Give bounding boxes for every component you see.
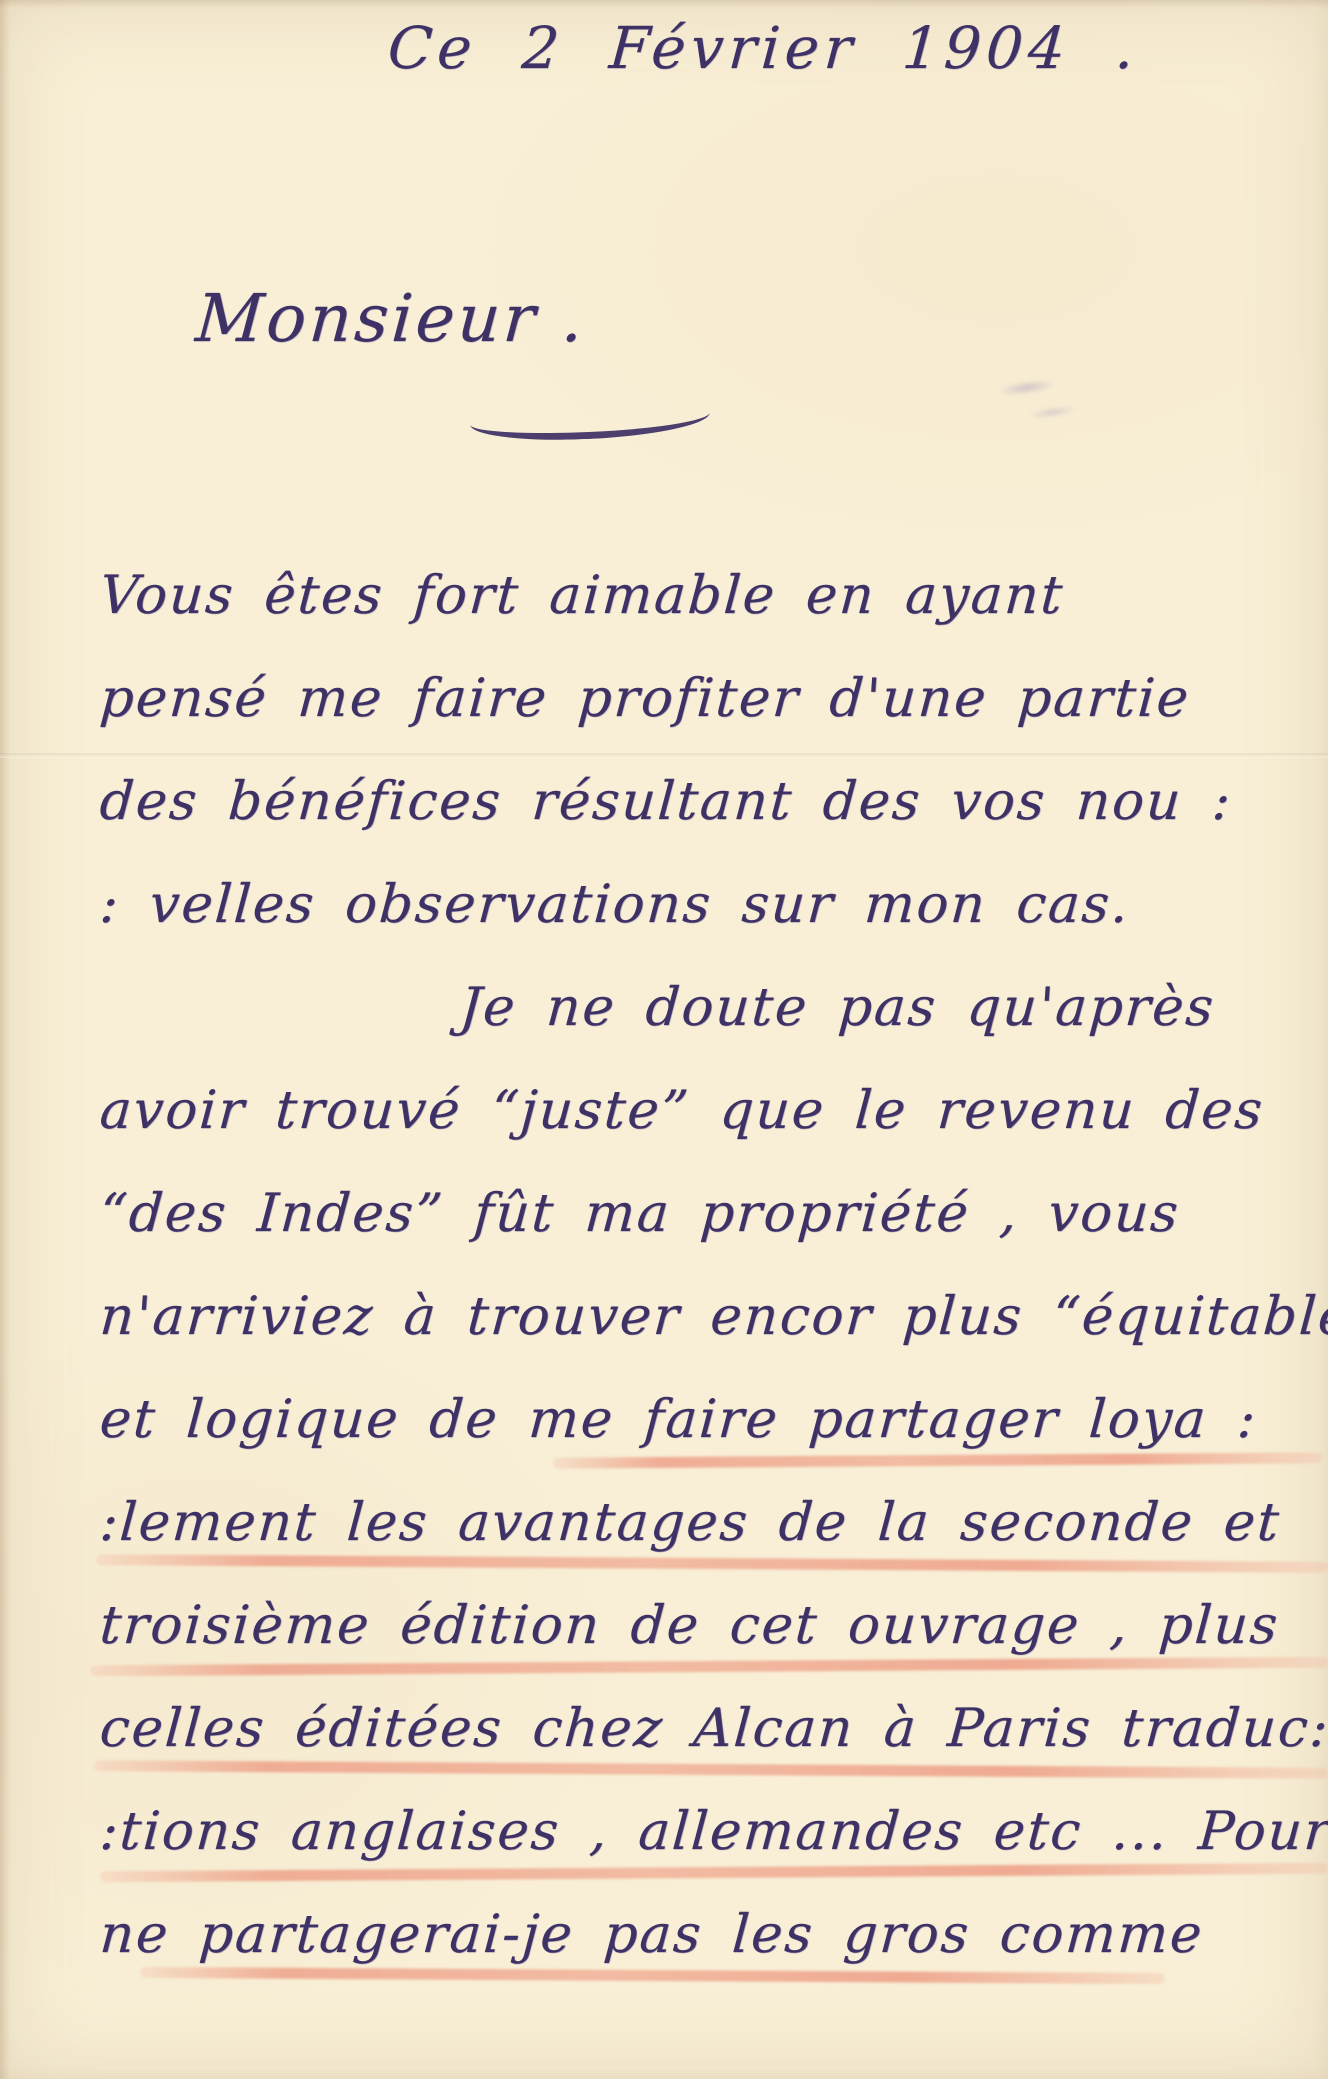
letter-line: avoir trouvé “juste” que le revenu des (98, 1080, 1266, 1141)
letter-line: :tions anglaises , allemandes etc ... Po… (98, 1801, 1328, 1862)
paper-edge-shading-left (0, 0, 10, 2079)
greeting-flourish (469, 394, 710, 443)
letter-line: Je ne doute pas qu'après (458, 977, 1217, 1038)
letter-line: Vous êtes fort aimable en ayant (98, 565, 1066, 626)
greeting: Monsieur . (193, 280, 588, 357)
letter-page: Ce 2 Février 1904 . Monsieur . Vous êtes… (0, 0, 1328, 2079)
letter-line: : velles observations sur mon cas. (98, 874, 1132, 935)
red-underline (90, 1657, 1328, 1677)
letter-line: ne partagerai-je pas les gros comme (98, 1904, 1206, 1965)
letter-line: n'arriviez à trouver encor plus “équitab… (98, 1286, 1328, 1347)
letter-line: :lement les avantages de la seconde et (98, 1492, 1283, 1553)
letter-line: “des Indes” fût ma propriété , vous (98, 1183, 1182, 1244)
red-underline (96, 1554, 1328, 1573)
red-underline (553, 1452, 1322, 1468)
letter-line: celles éditées chez Alcan à Paris traduc… (98, 1698, 1328, 1759)
ink-smudge (980, 355, 1100, 450)
letter-line: troisième édition de cet ouvrage , plus (98, 1595, 1281, 1656)
red-underline (140, 1967, 1165, 1984)
red-underline (94, 1760, 1328, 1779)
paper-edge-shading-top (0, 0, 1328, 8)
fold-crease (0, 753, 1328, 758)
letter-line: pensé me faire profiter d'une partie (98, 668, 1192, 729)
red-underline (100, 1863, 1328, 1883)
date-line: Ce 2 Février 1904 . (386, 14, 1142, 82)
letter-line: des bénéfices résultant des vos nou : (98, 771, 1234, 832)
letter-line: et logique de me faire partager loya : (98, 1389, 1259, 1450)
